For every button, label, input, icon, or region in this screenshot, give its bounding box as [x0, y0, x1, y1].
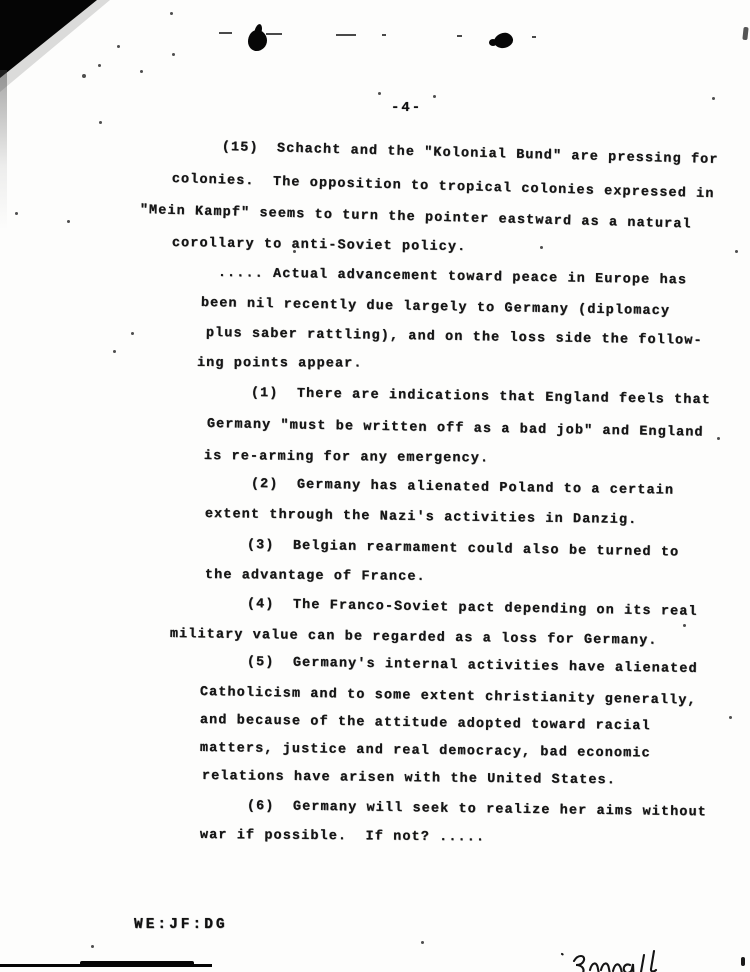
scratch-mark — [219, 32, 232, 34]
text-line: is re-arming for any emergency. — [204, 449, 489, 467]
dust-speck — [131, 332, 134, 335]
dust-speck — [540, 246, 543, 249]
text-line: corollary to anti-Soviet policy. — [172, 236, 467, 256]
text-line: (5) Germany's internal activities have a… — [247, 655, 698, 678]
dust-speck — [113, 350, 116, 353]
scratch-mark — [266, 33, 282, 35]
text-line: extent through the Nazi's activities in … — [205, 507, 638, 529]
dust-speck — [99, 121, 102, 124]
scratch-mark — [336, 34, 356, 36]
text-line: Germany "must be written off as a bad jo… — [207, 417, 704, 442]
text-line: been nil recently due largely to Germany… — [201, 296, 670, 320]
dust-speck — [67, 220, 70, 223]
ink-blot — [248, 30, 267, 51]
dust-speck — [117, 45, 120, 48]
dust-speck — [735, 250, 738, 253]
dust-speck — [98, 64, 101, 67]
page-number: -4- — [391, 100, 422, 116]
text-line: "Mein Kampf" seems to turn the pointer e… — [140, 203, 692, 233]
dust-speck — [172, 53, 175, 56]
text-line: (1) There are indications that England f… — [251, 386, 711, 409]
text-line: military value can be regarded as a loss… — [170, 627, 658, 650]
typist-initials: WE:JF:DG — [134, 917, 228, 933]
scanned-document-screenshot: { "colors": { "ink": "#161616", "paper":… — [0, 0, 750, 972]
left-edge-scan-fringe — [0, 70, 7, 230]
document-page: -4- (15) Schacht and the "Kolonial Bund"… — [0, 0, 750, 972]
text-line: matters, justice and real democracy, bad… — [200, 741, 651, 763]
dust-speck — [82, 74, 86, 78]
right-edge-smudge — [741, 957, 745, 966]
scratch-mark — [457, 35, 462, 37]
dust-speck — [683, 624, 686, 627]
text-line: (6) Germany will seek to realize her aim… — [247, 799, 707, 821]
dust-speck — [421, 941, 424, 944]
text-line: (2) Germany has alienated Poland to a ce… — [251, 477, 674, 500]
scan-edge-artifact — [80, 961, 194, 967]
dust-speck — [378, 92, 381, 95]
dust-speck — [433, 95, 436, 98]
text-line: ..... Actual advancement toward peace in… — [218, 266, 687, 289]
text-line: relations have arisen with the United St… — [202, 769, 616, 789]
scratch-mark — [532, 36, 536, 38]
text-line: ing points appear. — [197, 356, 363, 373]
text-line: plus saber rattling), and on the loss si… — [206, 326, 703, 350]
text-line: colonies. The opposition to tropical col… — [172, 172, 715, 203]
text-line: Catholicism and to some extent christian… — [200, 685, 697, 710]
scratch-mark — [382, 34, 386, 36]
dust-speck — [729, 716, 732, 719]
text-line: (3) Belgian rearmament could also be tur… — [247, 538, 680, 562]
ink-blot — [489, 39, 497, 46]
dust-speck — [140, 70, 143, 73]
text-line: (15) Schacht and the "Kolonial Bund" are… — [222, 140, 719, 169]
dust-speck — [15, 212, 18, 215]
dust-speck — [712, 97, 715, 100]
text-line: the advantage of France. — [205, 568, 426, 586]
dust-speck — [717, 437, 720, 440]
handwritten-annotation — [556, 944, 691, 972]
text-line: and because of the attitude adopted towa… — [200, 713, 651, 735]
right-edge-smudge — [742, 27, 748, 40]
text-line: war if possible. If not? ..... — [200, 828, 485, 846]
dust-speck — [91, 945, 94, 948]
dust-speck — [170, 12, 173, 15]
text-line: (4) The Franco-Soviet pact depending on … — [247, 597, 698, 621]
